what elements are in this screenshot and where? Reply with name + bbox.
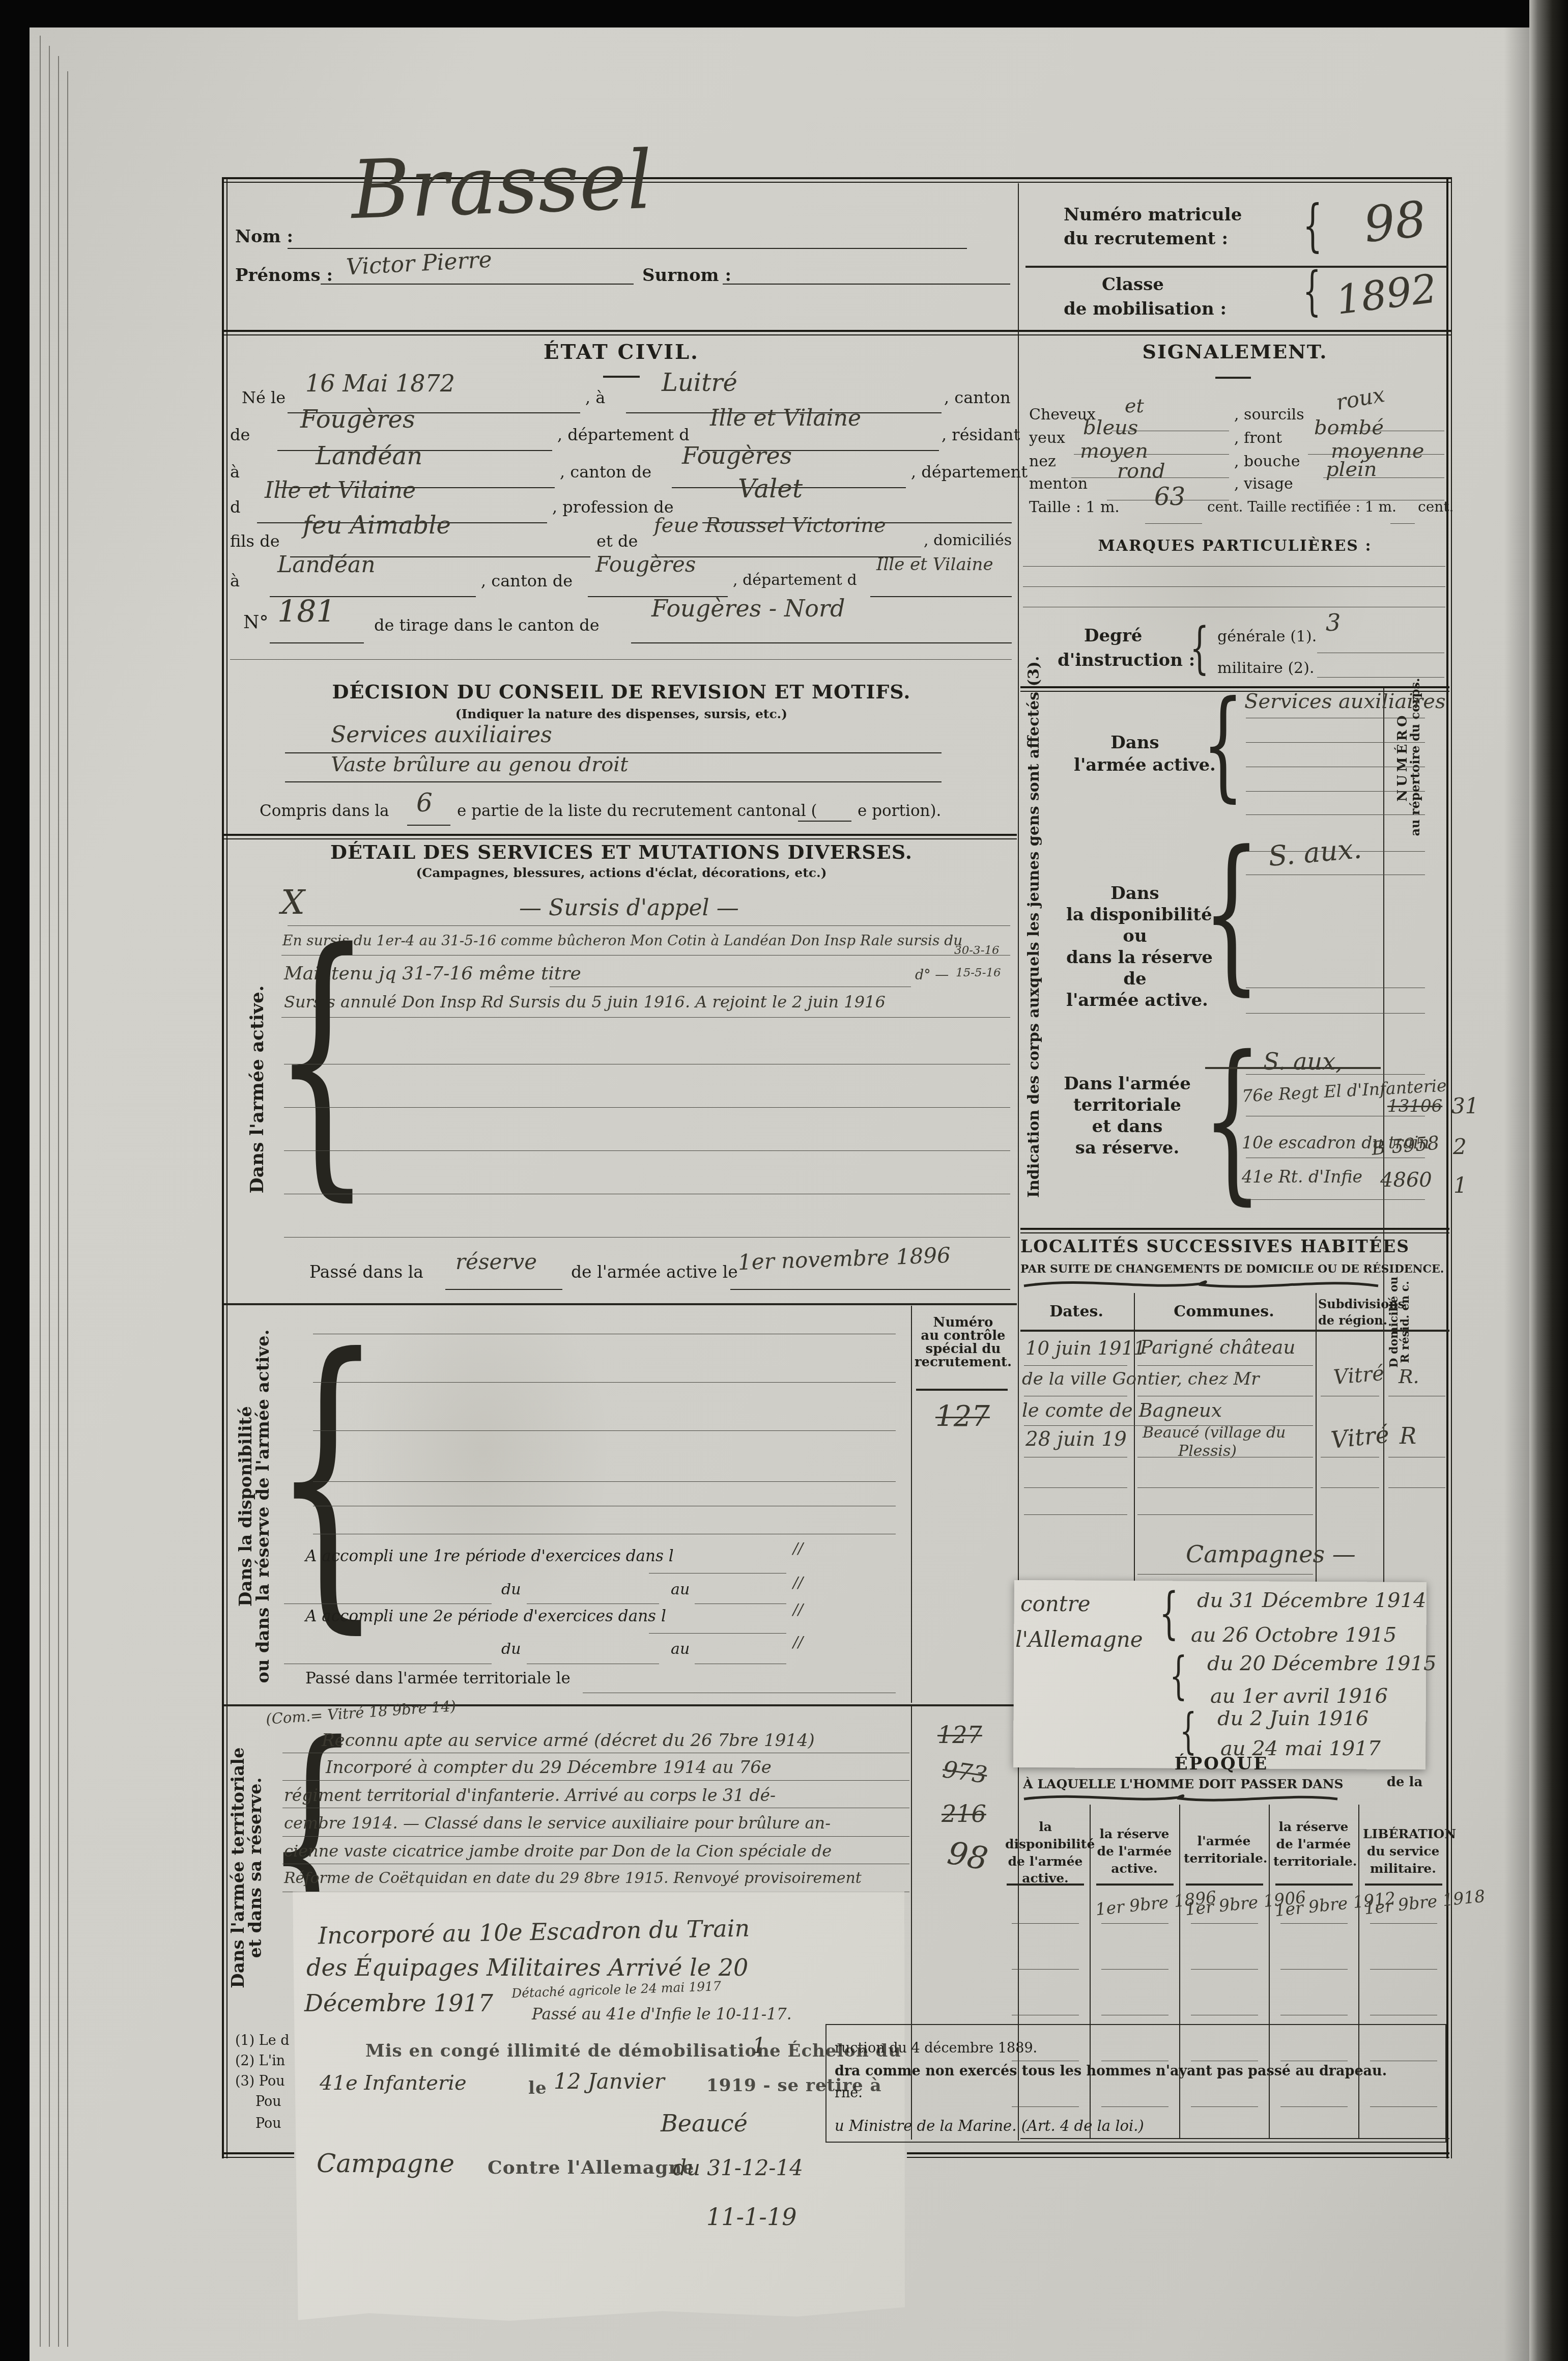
cell-line bbox=[1388, 1487, 1445, 1488]
canton-label: , canton bbox=[944, 389, 1011, 406]
ne-le-label: Né le bbox=[242, 389, 286, 406]
cell-line bbox=[1321, 1487, 1379, 1488]
line bbox=[282, 1864, 909, 1864]
au-label: au bbox=[671, 1642, 690, 1657]
cell-line bbox=[1137, 1457, 1313, 1457]
yeux-label: yeux bbox=[1029, 431, 1065, 446]
nom-label: Nom : bbox=[235, 228, 293, 245]
epoque-cell-line bbox=[1101, 1923, 1168, 1924]
territoriale-vertical-label: Dans l'armée territoriale et dans sa rés… bbox=[230, 1710, 264, 2026]
decision-line1: Services auxiliaires bbox=[331, 724, 552, 746]
surnom-label: Surnom : bbox=[642, 267, 731, 284]
classe-label: Classe bbox=[1102, 276, 1164, 293]
epoque-cell-line bbox=[1012, 2106, 1079, 2107]
slip-passe-41: Passé au 41e d'Infie le 10-11-17. bbox=[532, 2007, 792, 2022]
campagne-p2-du: du 20 Décembre 1915 bbox=[1207, 1653, 1436, 1674]
corps-terr-label2: territoriale bbox=[1064, 1097, 1191, 1114]
pere-value: feu Aimable bbox=[303, 513, 451, 538]
blank-ruled-line bbox=[1246, 1013, 1425, 1014]
corps-dispo-brace: { bbox=[1202, 829, 1261, 997]
epoque-cell-line bbox=[1191, 1969, 1258, 1970]
epoque-cell-line bbox=[1370, 2061, 1437, 2061]
line bbox=[649, 1573, 786, 1573]
epoque-divider bbox=[1179, 1805, 1180, 2138]
departement-domicile: Ille et Vilaine bbox=[876, 556, 993, 573]
marge-98: 98 bbox=[945, 1837, 990, 1875]
de-label: de bbox=[230, 427, 250, 443]
demob-echelon-num: 1 bbox=[752, 2035, 766, 2057]
ditto-mark: // bbox=[793, 1576, 803, 1591]
line bbox=[285, 781, 942, 782]
epoque-cell-line bbox=[1101, 2061, 1168, 2061]
form-bottom-border bbox=[222, 2152, 294, 2158]
campagnes-title: Campagnes — bbox=[1186, 1542, 1356, 1566]
blank-ruled-line bbox=[1246, 875, 1425, 875]
col-subdiv1: Subdivisions bbox=[1318, 1298, 1382, 1310]
blank-ruled-line bbox=[1246, 1199, 1425, 1200]
cell-line bbox=[1137, 1365, 1313, 1366]
visage-value: plein bbox=[1326, 459, 1377, 480]
taille-label: Taille : 1 m. bbox=[1029, 500, 1120, 515]
epoque-cell-line bbox=[1280, 2061, 1348, 2061]
demob-campagne-du: du 31-12-14 bbox=[673, 2157, 803, 2179]
numero-controle-header: Numéro au contrôle spécial du recrutemen… bbox=[914, 1316, 1013, 1369]
numero-label: N° bbox=[243, 613, 269, 632]
cell-line bbox=[1024, 1457, 1127, 1457]
row1-subdiv: Vitré bbox=[1332, 1363, 1385, 1388]
passe-label1: Passé dans la bbox=[309, 1263, 423, 1280]
footnote-r2: dra comme non exercés tous les hommes n'… bbox=[835, 2064, 1387, 2078]
slip-train-line1: Incorporé au 10e Escadron du Train bbox=[318, 1917, 750, 1948]
epoque-col3: l'armée territoriale. bbox=[1184, 1833, 1264, 1867]
book-binding bbox=[1529, 0, 1568, 2361]
residant-label: , résidant bbox=[942, 427, 1020, 443]
nom-line bbox=[288, 248, 967, 249]
footnote-5: Pou bbox=[255, 2117, 281, 2130]
blank-ruled-line bbox=[1246, 1158, 1425, 1158]
epoque-cell-line bbox=[1280, 1923, 1348, 1924]
row2-commune1: Beaucé (village du bbox=[1143, 1425, 1286, 1441]
campagne-p3-du: du 2 Juin 1916 bbox=[1217, 1708, 1369, 1729]
slip-train-line3: Décembre 1917 bbox=[304, 1991, 493, 2015]
nom-value: Brassel bbox=[350, 140, 653, 231]
epoque-cell-line bbox=[1280, 2015, 1348, 2015]
ditto-mark: // bbox=[793, 1541, 803, 1557]
epoque-header-rule bbox=[1096, 1884, 1174, 1886]
line bbox=[730, 1289, 1010, 1290]
blank-ruled-line bbox=[1246, 988, 1425, 988]
row2-date: 28 juin 19 bbox=[1025, 1429, 1127, 1449]
matricule-brace: { bbox=[1303, 198, 1323, 254]
brace-ornament bbox=[1023, 1279, 1379, 1291]
periode2-label: A accompli une 2e période d'exercices da… bbox=[305, 1609, 666, 1624]
domicilies-label: , domiciliés bbox=[924, 533, 1012, 548]
territoriale-line2: Incorporé à compter du 29 Décembre 1914 … bbox=[326, 1759, 772, 1776]
epoque-cell-line bbox=[1280, 1969, 1348, 1970]
footnote-r4: u Ministre de la Marine. (Art. 4 de la l… bbox=[835, 2119, 1144, 2133]
departement-label: , département d bbox=[733, 573, 857, 588]
corps-terr-label1: Dans l'armée bbox=[1064, 1075, 1191, 1092]
form-right-border bbox=[1446, 177, 1452, 2158]
footnote-r3: rné. bbox=[835, 2086, 863, 2100]
epoque-divider bbox=[1358, 1805, 1359, 2138]
line bbox=[288, 925, 1010, 926]
epoque-title2: À LAQUELLE L'HOMME DOIT PASSER DANS bbox=[1023, 1778, 1344, 1790]
departement-naissance: Ille et Vilaine bbox=[710, 407, 861, 430]
epoque-cell-line bbox=[1370, 2015, 1437, 2015]
marge-973: 973 bbox=[941, 1757, 988, 1787]
mere-value: feue Roussel Victorine bbox=[654, 515, 886, 536]
du-label: du bbox=[501, 1582, 521, 1597]
epoque-cell-line bbox=[1012, 1923, 1079, 1924]
corps-dispo-label1: Dans bbox=[1084, 885, 1186, 902]
page-stack-edge bbox=[58, 56, 59, 2347]
blank-ruled-line bbox=[1246, 814, 1425, 815]
localites-subtitle: PAR SUITE DE CHANGEMENTS DE DOMICILE OU … bbox=[1020, 1263, 1387, 1275]
line bbox=[798, 821, 851, 822]
corps-terr-num4: 4860 bbox=[1380, 1170, 1432, 1190]
epoque-cell-line bbox=[1191, 2061, 1258, 2061]
line bbox=[282, 1753, 909, 1753]
row1-dr: R. bbox=[1399, 1367, 1419, 1386]
line bbox=[282, 1808, 909, 1808]
matricule-rule bbox=[1025, 266, 1448, 268]
epoque-cell-line bbox=[1191, 2015, 1258, 2015]
epoque-cell-line bbox=[1012, 1969, 1079, 1970]
territoriale-line4: cembre 1914. — Classé dans le service au… bbox=[284, 1815, 831, 1831]
armee-active-brace: { bbox=[272, 916, 372, 1201]
cell-line bbox=[1137, 1396, 1313, 1396]
fils-de-label: fils de bbox=[230, 533, 280, 549]
epoque-cell-line bbox=[1101, 2106, 1168, 2107]
epoque-cell-line bbox=[1012, 2015, 1079, 2015]
row2-dr: R bbox=[1400, 1425, 1416, 1448]
demob-stamp4: Contre l'Allemagne bbox=[488, 2158, 694, 2177]
blank-ruled-line bbox=[284, 1107, 1010, 1108]
disponibilite-brace: { bbox=[272, 1318, 383, 1634]
line bbox=[281, 955, 1010, 955]
marge-127: 127 bbox=[937, 1723, 982, 1747]
line bbox=[270, 642, 364, 643]
cell-line bbox=[1321, 1396, 1379, 1396]
sursis-date1: 30-3-16 bbox=[954, 945, 1000, 957]
section-rule bbox=[224, 834, 1017, 839]
row1-commune2: de la ville Gontier, chez Mr bbox=[1022, 1370, 1260, 1388]
epoque-col2: la réserve de l'armée active. bbox=[1094, 1825, 1175, 1877]
cell-line bbox=[1388, 1396, 1445, 1396]
scan-left-edge bbox=[0, 0, 30, 2361]
epoque-cell-line bbox=[1101, 1969, 1168, 1970]
blank-ruled-line bbox=[1023, 586, 1445, 587]
detail-subtitle: (Campagnes, blessures, actions d'éclat, … bbox=[230, 866, 1013, 879]
sourcils-label: , sourcils bbox=[1234, 407, 1304, 423]
compris-label2: e partie de la liste du recrutement cant… bbox=[457, 803, 817, 819]
decision-line2: Vaste brûlure au genou droit bbox=[331, 754, 628, 775]
militaire-label: militaire (2). bbox=[1217, 661, 1314, 676]
row2-subdiv: Vitré bbox=[1330, 1422, 1390, 1452]
epoque-cell-line bbox=[1191, 2106, 1258, 2107]
blank-ruled-line bbox=[313, 1430, 896, 1431]
territoriale-label-l1: Dans l'armée territoriale bbox=[230, 1710, 247, 2026]
campagne-p2-au: au 1er avril 1916 bbox=[1210, 1686, 1388, 1706]
canton-residence: Fougères bbox=[682, 444, 792, 467]
disponibilite-vertical-label: Dans la disponibilité ou dans la réserve… bbox=[237, 1310, 272, 1702]
col-dates: Dates. bbox=[1028, 1304, 1125, 1319]
campagne-p1-au: au 26 Octobre 1915 bbox=[1191, 1625, 1396, 1645]
matricule-value: 98 bbox=[1361, 194, 1429, 249]
epoque-bottom-rule bbox=[1020, 2138, 1449, 2139]
localites-title: LOCALITÉS SUCCESSIVES HABITÉES bbox=[1020, 1238, 1387, 1255]
degre-label1: Degré bbox=[1084, 627, 1142, 644]
campagne-brace1: { bbox=[1159, 1586, 1179, 1641]
departement-label: , département bbox=[911, 464, 1028, 480]
edge-number-1: 31 bbox=[1451, 1095, 1478, 1117]
territoriale-line6: Réforme de Coëtquidan en date du 29 8bre… bbox=[284, 1871, 862, 1886]
epoque-title1: ÉPOQUE bbox=[1120, 1755, 1323, 1773]
blank-ruled-line bbox=[284, 1150, 1010, 1151]
corps-dispo-value: S. aux. bbox=[1267, 835, 1363, 870]
et-de-label: et de bbox=[596, 533, 638, 549]
cell-line bbox=[1137, 1574, 1313, 1575]
page-stack-edge bbox=[40, 36, 41, 2347]
degre-label2: d'instruction : bbox=[1058, 652, 1195, 669]
blank-ruled-line bbox=[1246, 851, 1425, 852]
territoriale-label-l2: et dans sa réserve. bbox=[247, 1710, 264, 2026]
controle-value: 127 bbox=[935, 1402, 990, 1431]
sursis-title: — Sursis d'appel — bbox=[519, 897, 739, 919]
epoque-cell-line bbox=[1280, 2106, 1348, 2107]
edge-number-3: 1 bbox=[1453, 1175, 1467, 1196]
menton-value: rond bbox=[1117, 461, 1165, 481]
epoque-header-rule bbox=[1007, 1884, 1084, 1886]
territoriale-line3: régiment territorial d'infanterie. Arriv… bbox=[284, 1787, 776, 1804]
line bbox=[407, 825, 450, 826]
corps-active-label2: l'armée active. bbox=[1074, 756, 1196, 774]
signalement-title: SIGNALEMENT. bbox=[1020, 342, 1449, 361]
degre-brace: { bbox=[1190, 621, 1209, 676]
nez-label: nez bbox=[1029, 454, 1056, 469]
line bbox=[281, 1017, 1010, 1018]
front-label: , front bbox=[1234, 431, 1282, 446]
campagne-p1-du: du 31 Décembre 1914 bbox=[1197, 1590, 1426, 1611]
a-label: , à bbox=[585, 389, 605, 406]
territoriale-line1: Reconnu apte au service armé (décret du … bbox=[322, 1732, 815, 1749]
form-bottom-border bbox=[907, 2152, 1449, 2158]
compris-num: 6 bbox=[416, 790, 433, 816]
campagne-contre1: contre bbox=[1020, 1593, 1091, 1615]
sursis-ditto: d° — bbox=[915, 968, 949, 982]
departement-residence: Ille et Vilaine bbox=[265, 480, 416, 502]
a-label: à bbox=[230, 573, 240, 589]
yeux-value: bleus bbox=[1083, 417, 1138, 438]
gutter-shadow bbox=[1504, 26, 1530, 2361]
epoque-header-rule bbox=[1275, 1884, 1353, 1886]
blank-ruled-line bbox=[1246, 791, 1425, 792]
blank-ruled-line bbox=[1246, 742, 1425, 743]
line bbox=[527, 1664, 659, 1664]
epoque-col4: la réserve de l'armée territoriale. bbox=[1273, 1818, 1354, 1870]
lieu-naissance: Luitré bbox=[662, 371, 737, 395]
bouche-label: , bouche bbox=[1234, 454, 1300, 469]
ditto-mark: // bbox=[793, 1603, 803, 1618]
pasted-slip bbox=[293, 1888, 907, 2324]
epoque-cell-line bbox=[1370, 1923, 1437, 1924]
generale-value: 3 bbox=[1326, 611, 1341, 634]
blank-ruled-line bbox=[313, 1334, 896, 1334]
compris-label3: e portion). bbox=[858, 803, 941, 819]
matricule-label: Numéro matricule bbox=[1064, 206, 1242, 223]
line bbox=[1145, 523, 1202, 524]
nez-value: moyen bbox=[1080, 441, 1148, 461]
blank-ruled-line bbox=[1246, 767, 1425, 767]
disponibilite-label-l2: ou dans la réserve de l'armée active. bbox=[254, 1310, 272, 1702]
ditto-mark: // bbox=[793, 1635, 803, 1650]
marques-title: MARQUES PARTICULIÈRES : bbox=[1020, 539, 1449, 554]
blank-ruled-line bbox=[313, 1534, 896, 1534]
demob-unite: 41e Infanterie bbox=[320, 2073, 467, 2093]
cent-label: cent. bbox=[1418, 500, 1453, 514]
corps-terr-label4: sa réserve. bbox=[1064, 1139, 1191, 1157]
decision-title: DÉCISION DU CONSEIL DE REVISION ET MOTIF… bbox=[230, 682, 1013, 701]
line bbox=[1317, 653, 1444, 653]
cell-line bbox=[1137, 1514, 1313, 1515]
prenoms-label: Prénoms : bbox=[235, 267, 333, 284]
title-rule bbox=[603, 376, 640, 378]
line bbox=[870, 596, 1012, 597]
campagne-contre2: l'Allemagne bbox=[1015, 1629, 1143, 1650]
line bbox=[695, 1604, 786, 1604]
sursis-line3: Sursis annulé Don Insp Rd Sursis du 5 ju… bbox=[284, 994, 886, 1010]
blank-ruled-line bbox=[1246, 718, 1425, 718]
page-stack-edge bbox=[67, 71, 68, 2347]
demob-stamp1: Mis en congé illimité de démobilisation bbox=[365, 2042, 770, 2060]
canton-label: , canton de bbox=[481, 573, 573, 589]
cell-line bbox=[1137, 1487, 1313, 1488]
corps-vertical-label: Indication des corps auxquels les jeunes… bbox=[1027, 740, 1042, 1198]
epoque-cell-line bbox=[1370, 1969, 1437, 1970]
col-communes: Communes. bbox=[1145, 1304, 1303, 1319]
canton-tirage: Fougères - Nord bbox=[651, 597, 845, 620]
epoque-cell-line bbox=[1101, 2015, 1168, 2015]
cheveux-value: et bbox=[1125, 396, 1144, 415]
cell-line bbox=[1024, 1487, 1127, 1488]
epoque-header-rule bbox=[1186, 1884, 1263, 1886]
table-header-rule bbox=[1020, 1330, 1449, 1332]
corps-dispo-label3: ou bbox=[1084, 927, 1186, 945]
campagne-brace2: { bbox=[1170, 1650, 1187, 1701]
row1-commune1: Parigné château bbox=[1140, 1338, 1295, 1357]
blank-ruled-line bbox=[1246, 1074, 1425, 1075]
a-label: à bbox=[230, 464, 240, 480]
blank-ruled-line bbox=[313, 1481, 896, 1482]
brace-ornament bbox=[1023, 1793, 1338, 1804]
header-bottom-rule bbox=[222, 330, 1451, 335]
form-left-border bbox=[222, 177, 227, 2158]
footnote-2: (2) L'in bbox=[235, 2054, 285, 2068]
blank-ruled-line bbox=[1023, 566, 1445, 567]
footnote-1: (1) Le d bbox=[235, 2034, 290, 2047]
line bbox=[695, 1664, 786, 1664]
sursis-line1: En sursis du 1er-4 au 31-5-16 comme bûch… bbox=[282, 934, 962, 948]
col-dr1: D domicilié ou bbox=[1388, 1269, 1400, 1375]
corps-terr-num3: B 5958 bbox=[1371, 1133, 1440, 1158]
cell-line bbox=[1024, 1365, 1127, 1366]
demob-lieu: Beaucé bbox=[661, 2112, 748, 2135]
corps-active-brace: { bbox=[1202, 685, 1244, 804]
date-naissance: 16 Mai 1872 bbox=[305, 372, 455, 395]
disponibilite-label-l1: Dans la disponibilité bbox=[237, 1310, 254, 1702]
corps-terr-num2: 13106 bbox=[1387, 1098, 1442, 1115]
epoque-cell-line bbox=[1370, 2106, 1437, 2107]
epoque-cell-line bbox=[1191, 1923, 1258, 1924]
corps-active-label1: Dans bbox=[1084, 734, 1186, 751]
controle-l1: Numéro bbox=[914, 1316, 1013, 1329]
line bbox=[284, 1604, 492, 1604]
scanned-register-page: Nom : Brassel Prénoms : Victor Pierre Su… bbox=[0, 0, 1568, 2361]
matricule-label2: du recrutement : bbox=[1064, 230, 1228, 247]
line bbox=[527, 1604, 659, 1604]
canton-domicile: Fougères bbox=[595, 554, 696, 575]
edge-number-2: 2 bbox=[1453, 1136, 1467, 1158]
visage-label: , visage bbox=[1234, 476, 1293, 492]
demob-campagne: Campagne bbox=[317, 2151, 454, 2176]
d-label: d bbox=[230, 499, 240, 515]
row1-commune3: le comte de Bagneux bbox=[1022, 1401, 1222, 1420]
scan-top-edge bbox=[0, 0, 1568, 27]
controle-column-divider bbox=[911, 1306, 912, 1703]
generale-label: générale (1). bbox=[1217, 629, 1317, 644]
demob-date: 12 Janvier bbox=[554, 2071, 665, 2092]
sursis-date2: 15-5-16 bbox=[956, 967, 1001, 979]
etat-civil-title: ÉTAT CIVIL. bbox=[230, 342, 1013, 362]
epoque-divider bbox=[1090, 1805, 1091, 2138]
blank-ruled-line bbox=[313, 1382, 896, 1383]
canton-naissance: Fougères bbox=[300, 407, 415, 432]
blank-ruled-line bbox=[284, 1194, 1010, 1194]
col-dr-header: D domicilié ou R résid. en c. bbox=[1388, 1269, 1411, 1375]
taille-value: 63 bbox=[1154, 485, 1185, 509]
blank-ruled-line bbox=[1023, 607, 1445, 607]
periode1-label: A accompli une 1re période d'exercices d… bbox=[305, 1549, 674, 1564]
passe-label2: de l'armée active le bbox=[571, 1263, 738, 1280]
departement-label: , département d bbox=[557, 427, 690, 443]
line bbox=[583, 1693, 896, 1693]
corps-dispo-label4: dans la réserve bbox=[1066, 949, 1204, 966]
classe-label2: de mobilisation : bbox=[1064, 300, 1227, 318]
au-label: au bbox=[671, 1582, 690, 1597]
title-rule bbox=[1215, 377, 1251, 379]
demob-stamp-le: le bbox=[528, 2079, 547, 2097]
footnote-3: (3) Pou bbox=[235, 2074, 285, 2088]
front-value: bombé bbox=[1314, 417, 1384, 438]
corps-terr-value4: 41e Rt. d'Infie bbox=[1242, 1168, 1362, 1185]
epoque-divider bbox=[1269, 1805, 1270, 2138]
section-rule bbox=[1020, 1228, 1449, 1233]
row1-date: 10 juin 1911 bbox=[1025, 1339, 1146, 1358]
blank-ruled-line bbox=[230, 659, 1012, 660]
line bbox=[631, 642, 1012, 643]
page-stack-edge bbox=[49, 46, 50, 2347]
cell-line bbox=[1321, 1457, 1379, 1457]
line bbox=[282, 1836, 909, 1837]
menton-label: menton bbox=[1029, 476, 1088, 492]
lieu-residence: Landéan bbox=[316, 444, 422, 468]
epoque-col5-prefix: de la bbox=[1374, 1776, 1435, 1789]
line bbox=[1317, 677, 1444, 678]
numero-tirage: 181 bbox=[277, 597, 336, 627]
footnote-4: Pou bbox=[255, 2095, 281, 2109]
decision-subtitle: (Indiquer la nature des dispenses, sursi… bbox=[230, 708, 1013, 720]
